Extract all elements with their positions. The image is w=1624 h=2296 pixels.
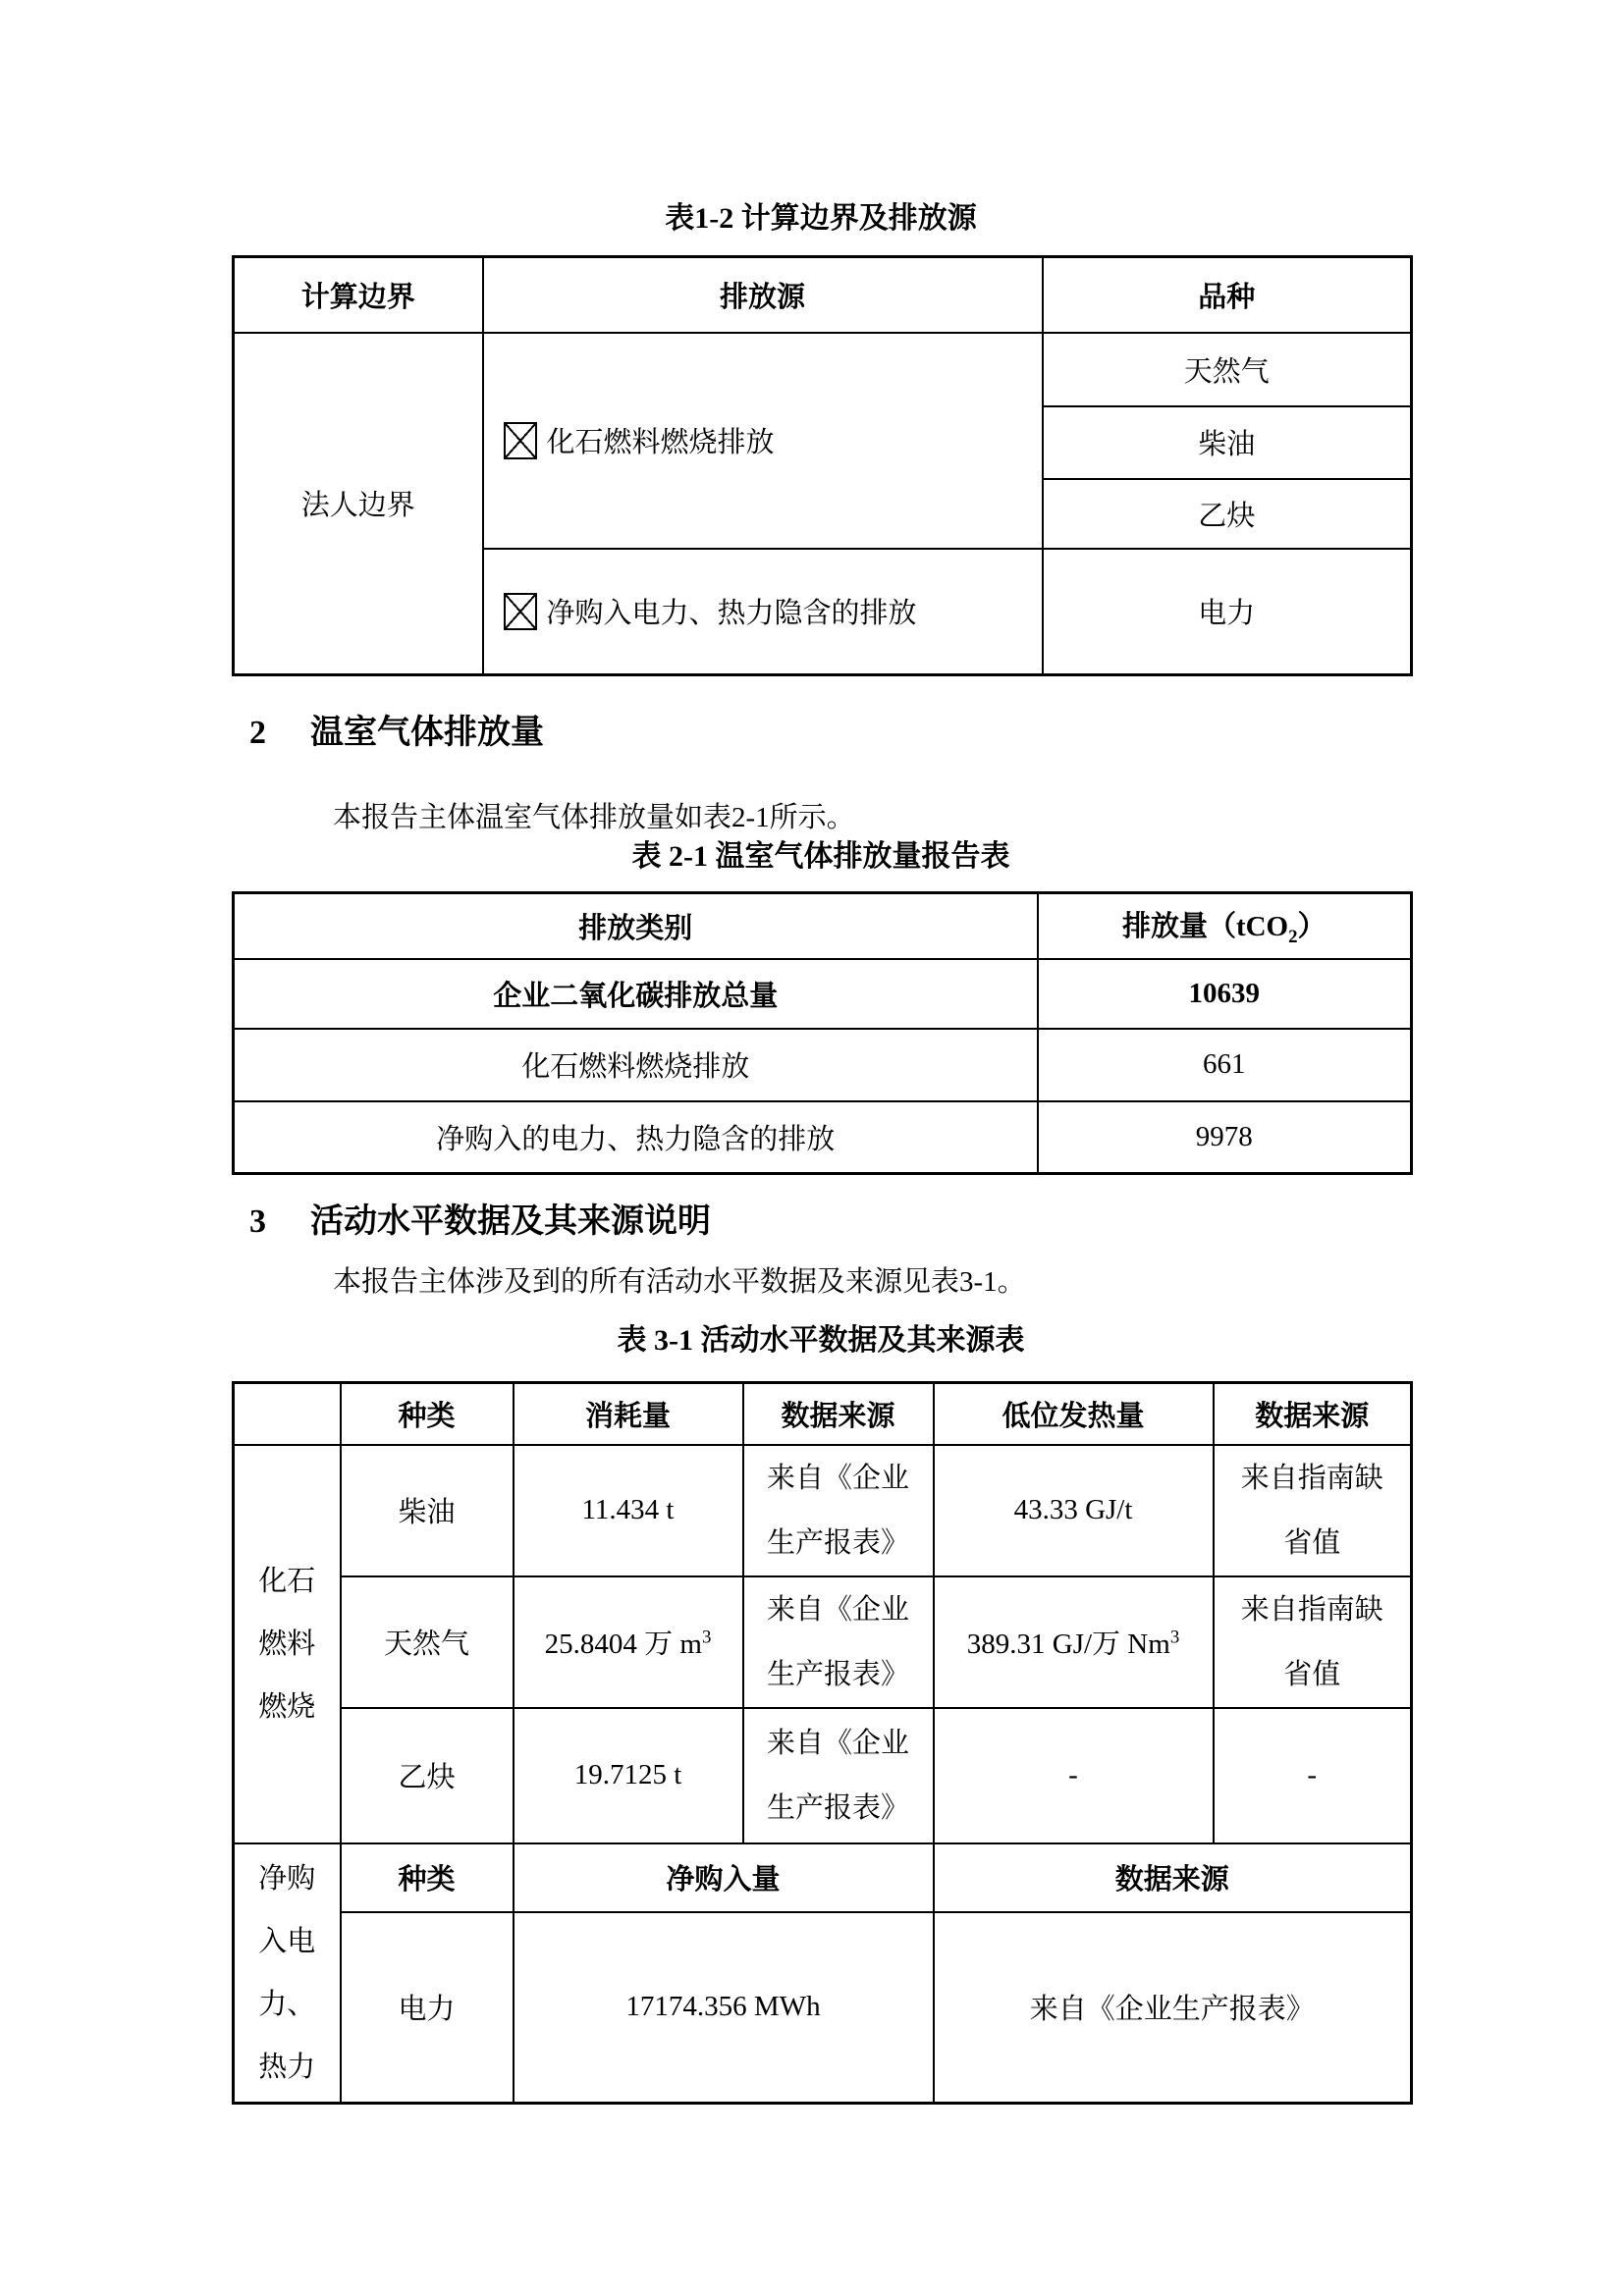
table-row: 电力 17174.356 MWh 来自《企业生产报表》 [234,1912,1412,2104]
t31-gas-consumption-sup: 3 [702,1627,711,1647]
t12-cell-natural-gas: 天然气 [1043,333,1412,406]
table-3-1: 种类 消耗量 数据来源 低位发热量 数据来源 化石 燃料 燃烧 柴油 11.43… [232,1381,1413,2105]
table-row: 排放类别 排放量（tCO2） [234,893,1412,959]
table-row: 化石燃料燃烧排放 661 [234,1029,1412,1101]
t21-cell-total-value: 10639 [1038,959,1412,1029]
t12-cell-fossil-source: 化石燃料燃烧排放 [483,333,1043,549]
table-row: 净购 入电 力、 热力 种类 净购入量 数据来源 [234,1843,1412,1912]
t12-header-source: 排放源 [483,257,1043,333]
t31-diesel-consumption: 11.434 t [514,1445,743,1576]
t31-gas-heat-value: 389.31 GJ/万 Nm [967,1629,1170,1660]
t31-acetylene-source: 来自《企业 生产报表》 [743,1708,934,1843]
t31-subheader-amount: 净购入量 [514,1843,934,1912]
t31-group-purchased: 净购 入电 力、 热力 [234,1843,341,2104]
t31-acetylene-heat: - [934,1708,1214,1843]
table-row: 种类 消耗量 数据来源 低位发热量 数据来源 [234,1383,1412,1445]
t31-acetylene-kind: 乙炔 [341,1708,514,1843]
checked-ballot-box-icon [504,422,537,459]
table-row: 净购入的电力、热力隐含的排放 9978 [234,1101,1412,1174]
t12-fossil-label: 化石燃料燃烧排放 [547,427,775,458]
table-row: 化石 燃料 燃烧 柴油 11.434 t 来自《企业 生产报表》 43.33 G… [234,1445,1412,1576]
t12-cell-boundary: 法人边界 [234,333,483,675]
t31-gas-heat: 389.31 GJ/万 Nm3 [934,1576,1214,1708]
table-row: 计算边界 排放源 品种 [234,257,1412,333]
table-1-2-title: 表1-2 计算边界及排放源 [232,0,1410,237]
t21-header-amount-sub: 2 [1288,927,1297,947]
t21-header-amount: 排放量（tCO2） [1038,893,1412,959]
t31-header-source: 数据来源 [743,1383,934,1445]
table-2-1-title: 表 2-1 温室气体排放量报告表 [232,839,1410,875]
t31-header-heat: 低位发热量 [934,1383,1214,1445]
section-3-title: 活动水平数据及其来源说明 [310,1203,711,1240]
section-2-title: 温室气体排放量 [310,715,544,751]
t31-electricity-amount: 17174.356 MWh [514,1912,934,2104]
t21-cell-fossil-label: 化石燃料燃烧排放 [234,1029,1038,1101]
t12-cell-purchased-source: 净购入电力、热力隐含的排放 [483,549,1043,675]
t21-cell-purchased-value: 9978 [1038,1101,1412,1174]
table-row: 法人边界 化石燃料燃烧排放 天然气 [234,333,1412,406]
table-row: 天然气 25.8404 万 m3 来自《企业 生产报表》 389.31 GJ/万… [234,1576,1412,1708]
t31-diesel-source: 来自《企业 生产报表》 [743,1445,934,1576]
section-3-heading: 3活动水平数据及其来源说明 [232,1201,1410,1244]
table-row: 乙炔 19.7125 t 来自《企业 生产报表》 - - [234,1708,1412,1843]
section-3-paragraph: 本报告主体涉及到的所有活动水平数据及来源见表3-1。 [232,1262,1410,1302]
t12-header-type: 品种 [1043,257,1412,333]
checked-ballot-box-icon [504,593,537,630]
table-row: 企业二氧化碳排放总量 10639 [234,959,1412,1029]
t12-purchased-label: 净购入电力、热力隐含的排放 [547,598,917,629]
t31-acetylene-consumption: 19.7125 t [514,1708,743,1843]
t31-gas-consumption: 25.8404 万 m3 [514,1576,743,1708]
t31-subheader-kind: 种类 [341,1843,514,1912]
t31-subheader-source: 数据来源 [934,1843,1412,1912]
t31-header-heat-source: 数据来源 [1214,1383,1412,1445]
section-2-number: 2 [249,712,271,755]
t31-gas-heat-sup: 3 [1170,1627,1179,1647]
t31-electricity-kind: 电力 [341,1912,514,2104]
t31-gas-consumption-value: 25.8404 万 m [545,1629,702,1660]
table-2-1: 排放类别 排放量（tCO2） 企业二氧化碳排放总量 10639 化石燃料燃烧排放… [232,891,1413,1175]
t31-acetylene-heat-source: - [1214,1708,1412,1843]
t31-diesel-heat: 43.33 GJ/t [934,1445,1214,1576]
t21-header-amount-post: ） [1298,911,1326,942]
table-1-2: 计算边界 排放源 品种 法人边界 化石燃料燃烧排放 天然气 柴油 乙炔 [232,255,1413,676]
t31-group-fossil: 化石 燃料 燃烧 [234,1445,341,1843]
section-2-paragraph: 本报告主体温室气体排放量如表2-1所示。 [232,798,1410,837]
t21-cell-purchased-label: 净购入的电力、热力隐含的排放 [234,1101,1038,1174]
t21-cell-total-label: 企业二氧化碳排放总量 [234,959,1038,1029]
section-2-heading: 2温室气体排放量 [232,712,1410,755]
t31-diesel-kind: 柴油 [341,1445,514,1576]
t12-cell-electricity: 电力 [1043,549,1412,675]
t21-cell-fossil-value: 661 [1038,1029,1412,1101]
t31-gas-heat-source: 来自指南缺 省值 [1214,1576,1412,1708]
t31-header-kind: 种类 [341,1383,514,1445]
t31-gas-source: 来自《企业 生产报表》 [743,1576,934,1708]
t31-electricity-source: 来自《企业生产报表》 [934,1912,1412,2104]
t12-cell-diesel: 柴油 [1043,406,1412,479]
document-page: 表1-2 计算边界及排放源 计算边界 排放源 品种 法人边界 化石燃料燃烧排放 … [0,0,1624,2296]
section-3-number: 3 [249,1201,271,1244]
t31-diesel-heat-source: 来自指南缺 省值 [1214,1445,1412,1576]
t31-gas-kind: 天然气 [341,1576,514,1708]
table-3-1-title: 表 3-1 活动水平数据及其来源表 [232,1323,1410,1359]
t12-header-boundary: 计算边界 [234,257,483,333]
t31-header-blank [234,1383,341,1445]
t12-cell-acetylene: 乙炔 [1043,479,1412,549]
t21-header-category: 排放类别 [234,893,1038,959]
t21-header-amount-pre: 排放量（tCO [1122,911,1288,942]
t31-header-consumption: 消耗量 [514,1383,743,1445]
document-content: 表1-2 计算边界及排放源 计算边界 排放源 品种 法人边界 化石燃料燃烧排放 … [232,0,1410,2105]
